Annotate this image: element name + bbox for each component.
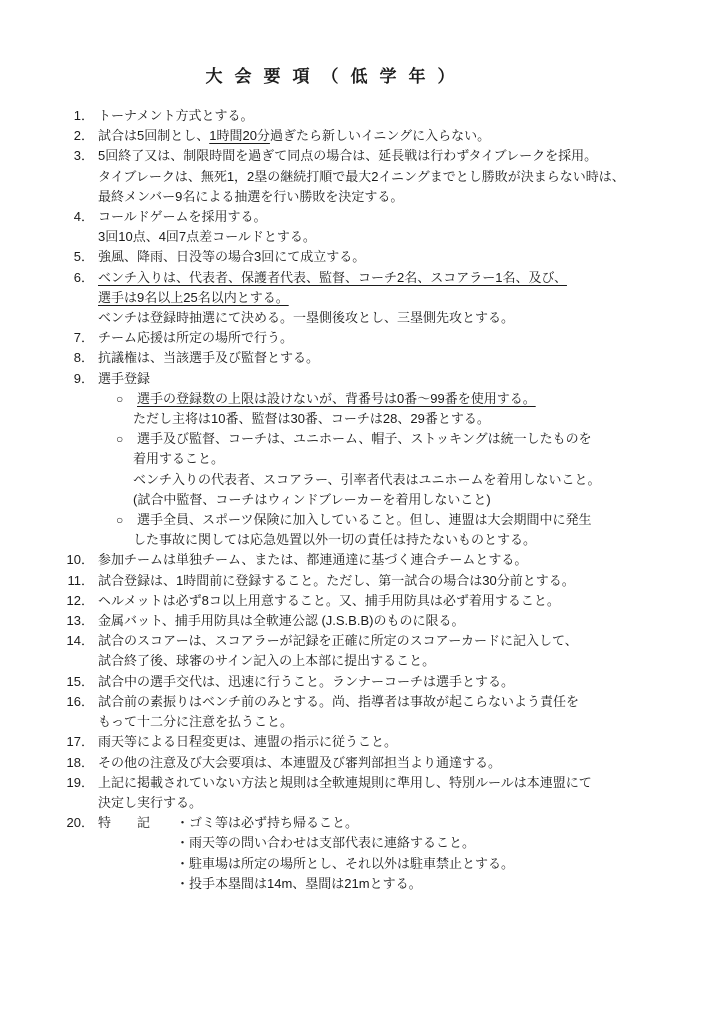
item-line: 18．その他の注意及び大会要項は、本連盟及び審判部担当より通達する。 (0, 753, 724, 773)
list-item: 16．試合前の素振りはベンチ前のみとする。尚、指導者は事故が起こらないよう責任を… (0, 692, 724, 732)
item-number: 8． (0, 348, 94, 368)
text-segment: 着用すること。 (133, 451, 224, 466)
item-line: タイブレークは、無死1，2塁の継続打順で最大2イニングまでとし勝敗が決まらない時… (0, 167, 724, 187)
item-line: 決定し実行する。 (0, 793, 724, 813)
item-number: 3． (0, 146, 94, 166)
item-number: 6． (0, 268, 94, 288)
item-line: 3回10点、4回7点差コールドとする。 (0, 227, 724, 247)
text-segment: 試合中の選手交代は、迅速に行うこと。ランナーコーチは選手とする。 (98, 674, 514, 689)
sub-item-line: 着用すること。 (0, 449, 724, 469)
circle-marker: ○ (116, 429, 123, 449)
text-segment: ・駐車場は所定の場所とし、それ以外は駐車禁止とする。 (176, 856, 514, 871)
list-item: 4．コールドゲームを採用する。3回10点、4回7点差コールドとする。 (0, 207, 724, 247)
item-line: 3．5回終了又は、制限時間を過ぎて同点の場合は、延長戦は行わずタイブレークを採用… (0, 146, 724, 166)
text-segment: トーナメント方式とする。 (98, 108, 253, 123)
item-line: 選手は9名以上25名以内とする。 (0, 288, 724, 308)
item-number: 5． (0, 247, 94, 267)
text-segment: (試合中監督、コーチはウィンドブレーカーを着用しないこと) (133, 492, 491, 507)
list-item: 3．5回終了又は、制限時間を過ぎて同点の場合は、延長戦は行わずタイブレークを採用… (0, 146, 724, 207)
item-number: 17． (0, 732, 94, 752)
text-segment: 選手全員、スポーツ保険に加入していること。但し、連盟は大会期間中に発生 (137, 512, 591, 527)
items-list: 1．トーナメント方式とする。2．試合は5回制とし、1時間20分過ぎたら新しいイニ… (0, 87, 724, 894)
item-number: 18． (0, 753, 94, 773)
list-item: 12．ヘルメットは必ず8コ以上用意すること。又、捕手用防具は必ず着用すること。 (0, 591, 724, 611)
text-segment: 参加チームは単独チーム、または、都連通達に基づく連合チームとする。 (98, 552, 527, 567)
item-line: 13．金属バット、捕手用防具は全軟連公認 (J.S.B.B)のものに限る。 (0, 611, 724, 631)
underlined-text: 選手は9名以上25名以内とする。 (98, 290, 289, 305)
item-number: 16． (0, 692, 94, 712)
item-line: もって十二分に注意を払うこと。 (0, 712, 724, 732)
sub-item-line: ○選手及び監督、コーチは、ユニホーム、帽子、ストッキングは統一したものを (0, 429, 724, 449)
item-line: 14．試合のスコアーは、スコアラーが記録を正確に所定のスコアーカードに記入して、 (0, 631, 724, 651)
text-segment: ・雨天等の問い合わせは支部代表に連絡すること。 (176, 835, 475, 850)
item-number: 9． (0, 369, 94, 389)
item-line: 試合終了後、球審のサイン記入の上本部に提出すること。 (0, 651, 724, 671)
text-segment: 試合前の素振りはベンチ前のみとする。尚、指導者は事故が起こらないよう責任を (98, 694, 579, 709)
list-item: 6．ベンチ入りは、代表者、保護者代表、監督、コーチ2名、スコアラー1名、及び、選… (0, 268, 724, 329)
item-line: 11．試合登録は、1時間前に登録すること。ただし、第一試合の場合は30分前とする… (0, 571, 724, 591)
text-segment: タイブレークは、無死1，2塁の継続打順で最大2イニングまでとし勝敗が決まらない時… (98, 169, 625, 184)
document-page: 大会要項（低学年） 1．トーナメント方式とする。2．試合は5回制とし、1時間20… (0, 0, 724, 1024)
item-line: 15．試合中の選手交代は、迅速に行うこと。ランナーコーチは選手とする。 (0, 672, 724, 692)
item-line: 9．選手登録 (0, 369, 724, 389)
item-number: 4． (0, 207, 94, 227)
item-line: ・投手本塁間は14m、塁間は21mとする。 (0, 874, 724, 894)
list-item: 15．試合中の選手交代は、迅速に行うこと。ランナーコーチは選手とする。 (0, 672, 724, 692)
sub-item-line: ○選手全員、スポーツ保険に加入していること。但し、連盟は大会期間中に発生 (0, 510, 724, 530)
list-item: 2．試合は5回制とし、1時間20分過ぎたら新しいイニングに入らない。 (0, 126, 724, 146)
item-line: 7．チーム応援は所定の場所で行う。 (0, 328, 724, 348)
item-line: ・駐車場は所定の場所とし、それ以外は駐車禁止とする。 (0, 854, 724, 874)
sub-item-line: (試合中監督、コーチはウィンドブレーカーを着用しないこと) (0, 490, 724, 510)
text-segment: 試合のスコアーは、スコアラーが記録を正確に所定のスコアーカードに記入して、 (98, 633, 578, 648)
item-line: 12．ヘルメットは必ず8コ以上用意すること。又、捕手用防具は必ず着用すること。 (0, 591, 724, 611)
item-line: 6．ベンチ入りは、代表者、保護者代表、監督、コーチ2名、スコアラー1名、及び、 (0, 268, 724, 288)
list-item: 17．雨天等による日程変更は、連盟の指示に従うこと。 (0, 732, 724, 752)
item-number: 14． (0, 631, 94, 651)
item-line: 20．特 記 ・ゴミ等は必ず持ち帰ること。 (0, 813, 724, 833)
text-segment: チーム応援は所定の場所で行う。 (98, 330, 293, 345)
item-line: ・雨天等の問い合わせは支部代表に連絡すること。 (0, 833, 724, 853)
list-item: 13．金属バット、捕手用防具は全軟連公認 (J.S.B.B)のものに限る。 (0, 611, 724, 631)
item-line: 17．雨天等による日程変更は、連盟の指示に従うこと。 (0, 732, 724, 752)
item-number: 12． (0, 591, 94, 611)
text-segment: ベンチ入りの代表者、スコアラー、引率者代表はユニホームを着用しないこと。 (133, 472, 600, 487)
underlined-text: ベンチ入りは、代表者、保護者代表、監督、コーチ2名、スコアラー1名、及び、 (98, 270, 567, 285)
text-segment: 5回終了又は、制限時間を過ぎて同点の場合は、延長戦は行わずタイブレークを採用。 (98, 148, 597, 163)
text-segment: ヘルメットは必ず8コ以上用意すること。又、捕手用防具は必ず着用すること。 (98, 593, 560, 608)
item-number: 11． (0, 571, 94, 591)
list-item: 11．試合登録は、1時間前に登録すること。ただし、第一試合の場合は30分前とする… (0, 571, 724, 591)
underlined-text: 1時間20分 (209, 128, 270, 143)
item-number: 1． (0, 106, 94, 126)
item-line: 4．コールドゲームを採用する。 (0, 207, 724, 227)
text-segment: 特 記 ・ゴミ等は必ず持ち帰ること。 (98, 815, 358, 830)
text-segment: ・投手本塁間は14m、塁間は21mとする。 (176, 876, 422, 891)
underlined-text: 選手の登録数の上限は設けないが、背番号は0番～99番を使用する。 (137, 391, 536, 406)
item-line: 2．試合は5回制とし、1時間20分過ぎたら新しいイニングに入らない。 (0, 126, 724, 146)
item-line: 10．参加チームは単独チーム、または、都連通達に基づく連合チームとする。 (0, 550, 724, 570)
text-segment: 過ぎたら新しいイニングに入らない。 (270, 128, 490, 143)
text-segment: した事故に関しては応急処置以外一切の責任は持たないものとする。 (133, 532, 536, 547)
text-segment: 選手及び監督、コーチは、ユニホーム、帽子、ストッキングは統一したものを (137, 431, 592, 446)
item-number: 10． (0, 550, 94, 570)
document-title: 大会要項（低学年） (0, 0, 660, 87)
text-segment: 上記に掲載されていない方法と規則は全軟連規則に準用し、特別ルールは本連盟にて (98, 775, 592, 790)
item-number: 15． (0, 672, 94, 692)
list-item: 18．その他の注意及び大会要項は、本連盟及び審判部担当より通達する。 (0, 753, 724, 773)
text-segment: 強風、降雨、日没等の場合3回にて成立する。 (98, 249, 365, 264)
text-segment: 雨天等による日程変更は、連盟の指示に従うこと。 (98, 734, 397, 749)
sub-item-line: ベンチ入りの代表者、スコアラー、引率者代表はユニホームを着用しないこと。 (0, 470, 724, 490)
text-segment: 抗議権は、当該選手及び監督とする。 (98, 350, 319, 365)
list-item: 10．参加チームは単独チーム、または、都連通達に基づく連合チームとする。 (0, 550, 724, 570)
list-item: 5．強風、降雨、日没等の場合3回にて成立する。 (0, 247, 724, 267)
sub-item-line: した事故に関しては応急処置以外一切の責任は持たないものとする。 (0, 530, 724, 550)
item-line: ベンチは登録時抽選にて決める。一塁側後攻とし、三塁側先攻とする。 (0, 308, 724, 328)
item-line: 5．強風、降雨、日没等の場合3回にて成立する。 (0, 247, 724, 267)
text-segment: 試合登録は、1時間前に登録すること。ただし、第一試合の場合は30分前とする。 (98, 573, 575, 588)
list-item: 20．特 記 ・ゴミ等は必ず持ち帰ること。・雨天等の問い合わせは支部代表に連絡す… (0, 813, 724, 894)
item-number: 20． (0, 813, 94, 833)
list-item: 7．チーム応援は所定の場所で行う。 (0, 328, 724, 348)
text-segment: もって十二分に注意を払うこと。 (98, 714, 293, 729)
list-item: 19．上記に掲載されていない方法と規則は全軟連規則に準用し、特別ルールは本連盟に… (0, 773, 724, 813)
text-segment: ただし主将は10番、監督は30番、コーチは28、29番とする。 (133, 411, 490, 426)
item-line: 1．トーナメント方式とする。 (0, 106, 724, 126)
item-line: 16．試合前の素振りはベンチ前のみとする。尚、指導者は事故が起こらないよう責任を (0, 692, 724, 712)
item-number: 7． (0, 328, 94, 348)
item-number: 13． (0, 611, 94, 631)
list-item: 1．トーナメント方式とする。 (0, 106, 724, 126)
text-segment: ベンチは登録時抽選にて決める。一塁側後攻とし、三塁側先攻とする。 (98, 310, 514, 325)
circle-marker: ○ (116, 389, 123, 409)
text-segment: 試合終了後、球審のサイン記入の上本部に提出すること。 (98, 653, 435, 668)
sub-item-line: ただし主将は10番、監督は30番、コーチは28、29番とする。 (0, 409, 724, 429)
text-segment: 3回10点、4回7点差コールドとする。 (98, 229, 316, 244)
item-number: 19． (0, 773, 94, 793)
list-item: 9．選手登録○選手の登録数の上限は設けないが、背番号は0番～99番を使用する。た… (0, 369, 724, 551)
text-segment: 決定し実行する。 (98, 795, 202, 810)
item-line: 19．上記に掲載されていない方法と規則は全軟連規則に準用し、特別ルールは本連盟に… (0, 773, 724, 793)
text-segment: 選手登録 (98, 371, 150, 386)
text-segment: コールドゲームを採用する。 (98, 209, 266, 224)
item-line: 最終メンバー9名による抽選を行い勝敗を決定する。 (0, 187, 724, 207)
list-item: 14．試合のスコアーは、スコアラーが記録を正確に所定のスコアーカードに記入して、… (0, 631, 724, 671)
list-item: 8．抗議権は、当該選手及び監督とする。 (0, 348, 724, 368)
text-segment: その他の注意及び大会要項は、本連盟及び審判部担当より通達する。 (98, 755, 501, 770)
item-number: 2． (0, 126, 94, 146)
item-line: 8．抗議権は、当該選手及び監督とする。 (0, 348, 724, 368)
sub-item-line: ○選手の登録数の上限は設けないが、背番号は0番～99番を使用する。 (0, 389, 724, 409)
text-segment: 最終メンバー9名による抽選を行い勝敗を決定する。 (98, 189, 403, 204)
text-segment: 試合は5回制とし、 (98, 128, 209, 143)
text-segment: 金属バット、捕手用防具は全軟連公認 (J.S.B.B)のものに限る。 (98, 613, 464, 628)
circle-marker: ○ (116, 510, 123, 530)
